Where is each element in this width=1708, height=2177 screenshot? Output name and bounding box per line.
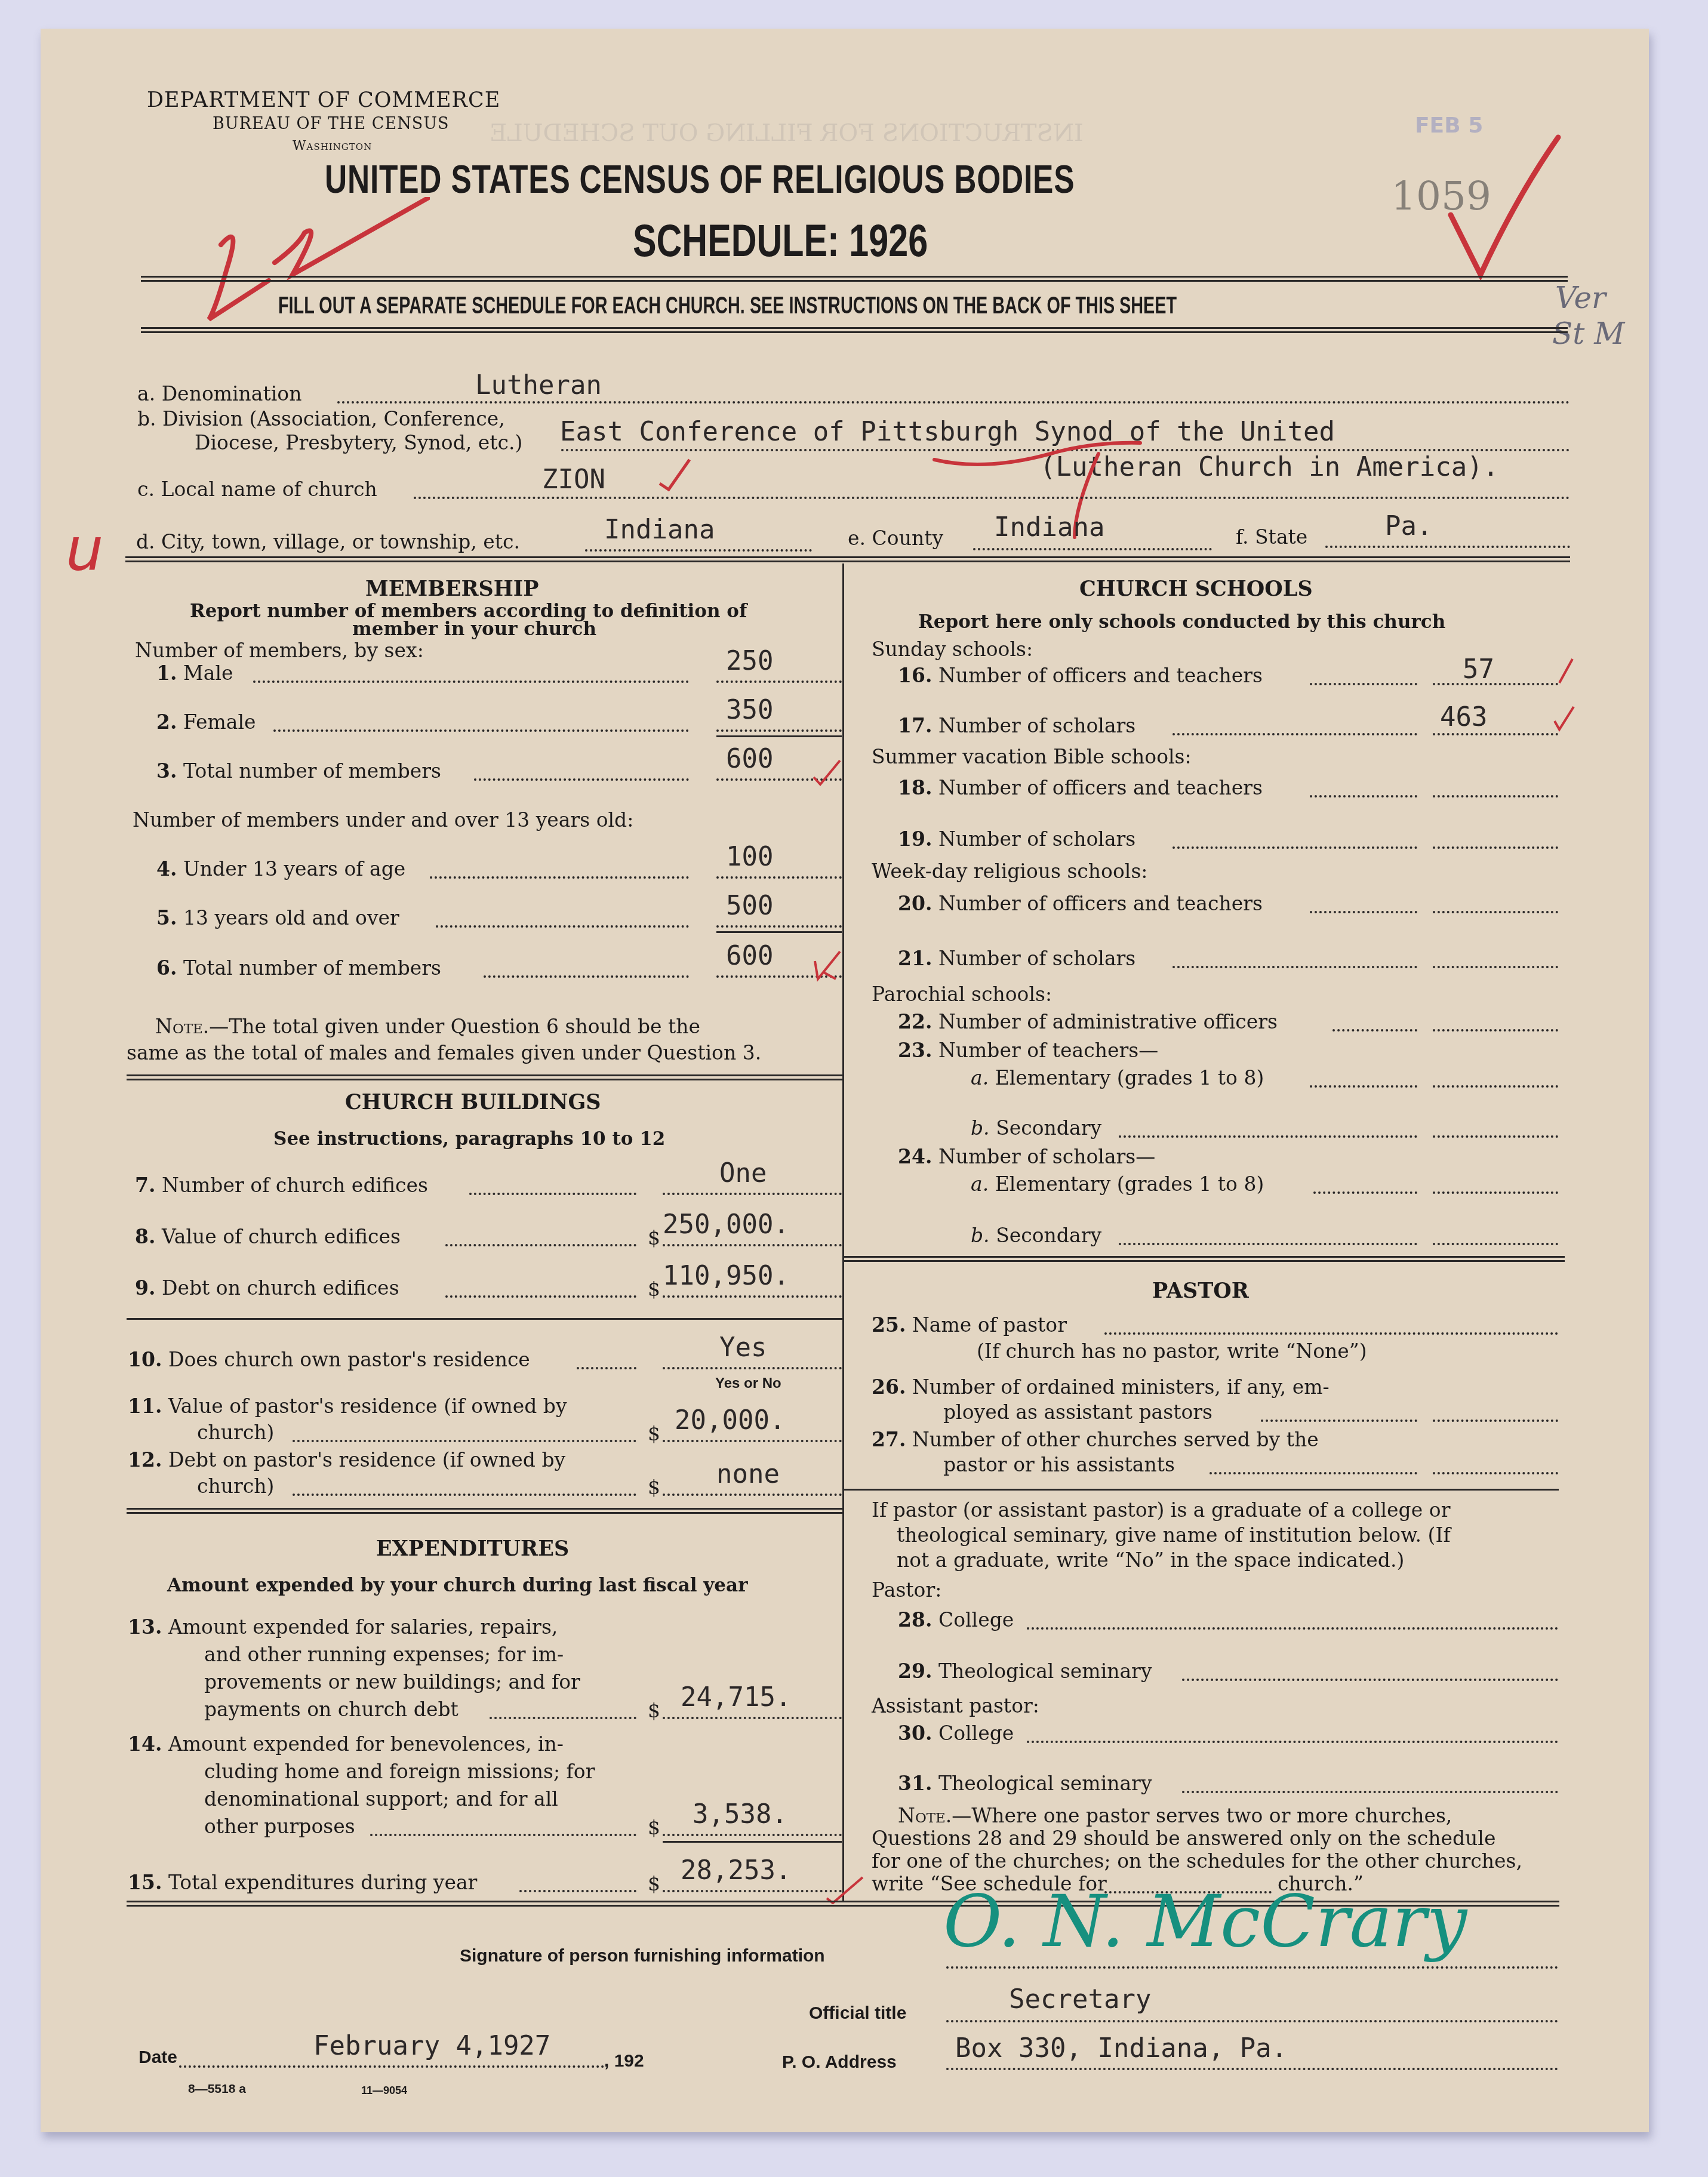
row-leader xyxy=(1332,1029,1417,1031)
answer-line[interactable] xyxy=(1433,795,1558,797)
edifices-count-value[interactable]: One xyxy=(719,1158,767,1188)
buildings-row-7: 7. Number of church edifices xyxy=(135,1174,428,1197)
pencil-note-1: Ver xyxy=(1555,281,1606,315)
expenditure-row-15: 15. Total expenditures during year xyxy=(128,1871,477,1894)
signature-label: Signature of person furnishing informati… xyxy=(460,1946,825,1966)
expenditures-title: EXPENDITURES xyxy=(376,1536,569,1561)
answer-line[interactable] xyxy=(1433,1191,1558,1194)
buildings-row-11: 11. Value of pastor's residence (if owne… xyxy=(128,1394,567,1418)
department-name: DEPARTMENT OF COMMERCE xyxy=(147,88,500,112)
membership-row-1: 1. Male xyxy=(156,661,233,685)
signature-value: O. N. McCrary xyxy=(943,1880,1467,1963)
row-leader xyxy=(1310,795,1417,797)
schools-row-17: 17. Number of scholars xyxy=(898,714,1135,737)
column-divider xyxy=(842,564,844,1901)
section-rule xyxy=(842,1256,1565,1262)
red-tick-icon xyxy=(812,949,842,985)
form-title: UNITED STATES CENSUS OF RELIGIOUS BODIES xyxy=(325,156,1075,202)
print-code: 11—9054 xyxy=(361,2084,407,2097)
official-title-line xyxy=(946,2020,1558,2022)
graduate-instructions-2: theological seminary, give name of insti… xyxy=(897,1523,1451,1547)
red-checkmark-icon xyxy=(1445,131,1564,287)
expenditure-row-13-l2: and other running expenses; for im- xyxy=(204,1643,564,1666)
denomination-label: a. Denomination xyxy=(137,382,301,405)
answer-line xyxy=(716,680,842,683)
residence-value[interactable]: 20,000. xyxy=(675,1405,785,1436)
sum-underline xyxy=(663,1841,842,1843)
buildings-row-12: 12. Debt on pastor's residence (if owned… xyxy=(128,1448,565,1471)
official-title-label: Official title xyxy=(809,2003,906,2024)
pastor-row-28: 28. College xyxy=(898,1608,1014,1631)
pastor-seminary-field[interactable] xyxy=(1182,1679,1558,1681)
answer-line xyxy=(663,1295,842,1298)
row-leader xyxy=(519,1890,636,1892)
summer-schools-label: Summer vacation Bible schools: xyxy=(872,745,1192,768)
buildings-row-8: 8. Value of church edifices xyxy=(135,1225,401,1248)
answer-line[interactable] xyxy=(1433,1472,1558,1474)
row-leader xyxy=(1310,911,1417,913)
date-value[interactable]: February 4,1927 xyxy=(313,2031,550,2061)
answer-line[interactable] xyxy=(1433,846,1558,849)
banner-bottom-rule xyxy=(141,327,1568,333)
red-margin-mark: u xyxy=(66,515,103,584)
total-members-age-value[interactable]: 600 xyxy=(726,941,773,971)
dollar-sign: $ xyxy=(648,1816,660,1839)
date-line xyxy=(179,2065,604,2068)
dollar-sign: $ xyxy=(648,1872,660,1895)
pastor-row-29: 29. Theological seminary xyxy=(898,1659,1152,1683)
answer-line xyxy=(716,729,842,732)
answer-line xyxy=(663,1890,842,1892)
membership-row-4: 4. Under 13 years of age xyxy=(156,857,405,880)
membership-row-2: 2. Female xyxy=(156,710,256,734)
red-tick-icon xyxy=(657,457,693,492)
denomination-line xyxy=(337,401,1570,404)
row-leader xyxy=(1119,1135,1417,1138)
membership-row-3: 3. Total number of members xyxy=(156,759,441,783)
pastor-row-27: 27. Number of other churches served by t… xyxy=(872,1428,1319,1451)
female-members-value[interactable]: 350 xyxy=(726,695,773,725)
sunday-scholars-value[interactable]: 463 xyxy=(1440,702,1487,732)
row-leader xyxy=(253,680,689,683)
expenditure-row-14-l3: denominational support; and for all xyxy=(204,1787,558,1810)
dollar-sign: $ xyxy=(648,1476,660,1499)
expenditure-row-13-l4: payments on church debt xyxy=(204,1698,458,1721)
pencil-note-2: St M xyxy=(1552,316,1624,351)
yes-no-hint: Yes or No xyxy=(715,1375,781,1392)
row-leader xyxy=(436,925,689,928)
residence-debt-value[interactable]: none xyxy=(716,1459,780,1489)
assistant-seminary-field[interactable] xyxy=(1182,1791,1558,1793)
owns-residence-value[interactable]: Yes xyxy=(719,1332,767,1363)
expenditure-row-14: 14. Amount expended for benevolences, in… xyxy=(128,1732,564,1756)
row-leader xyxy=(293,1494,636,1496)
date-year-suffix: , 192 xyxy=(604,2051,644,2071)
membership-note: Note.—The total given under Question 6 s… xyxy=(155,1015,830,1039)
pastor-note-3: for one of the churches; on the schedule… xyxy=(872,1849,1522,1873)
expenditure-row-14-l2: cluding home and foreign missions; for xyxy=(204,1760,595,1783)
answer-line[interactable] xyxy=(1433,1029,1558,1031)
by-sex-label: Number of members, by sex: xyxy=(135,639,424,662)
county-label: e. County xyxy=(848,526,943,550)
red-tick-icon xyxy=(812,758,842,788)
pastor-note-2: Questions 28 and 29 should be answered o… xyxy=(872,1827,1495,1850)
pastor-title: PASTOR xyxy=(1152,1279,1249,1303)
pastor-row-31: 31. Theological seminary xyxy=(898,1772,1152,1795)
schools-row-18: 18. Number of officers and teachers xyxy=(898,776,1263,799)
po-address-line xyxy=(946,2068,1558,2070)
row-leader xyxy=(1172,733,1417,735)
date-label: Date xyxy=(139,2047,177,2068)
answer-line xyxy=(1433,683,1558,685)
assistant-pastor-label: Assistant pastor: xyxy=(872,1694,1039,1717)
under-13-value[interactable]: 100 xyxy=(726,842,773,872)
expenditure-row-14-l4: other purposes xyxy=(204,1815,355,1838)
membership-note-2: same as the total of males and females g… xyxy=(127,1041,761,1064)
row-leader xyxy=(1310,1085,1417,1088)
membership-subtitle-2: member in your church xyxy=(352,618,596,640)
row-leader xyxy=(445,1244,636,1246)
denomination-value[interactable]: Lutheran xyxy=(475,370,602,401)
buildings-row-9: 9. Debt on church edifices xyxy=(135,1276,399,1300)
total-members-value[interactable]: 600 xyxy=(726,744,773,774)
form-number: 8—5518 a xyxy=(188,2082,246,2096)
row-leader xyxy=(1313,1191,1417,1194)
membership-title: MEMBERSHIP xyxy=(365,577,539,601)
red-tick-icon xyxy=(824,1874,866,1904)
male-members-value[interactable]: 250 xyxy=(726,646,773,676)
division-label-2: Diocese, Presbytery, Synod, etc.) xyxy=(195,431,522,454)
buildings-row-11-cont: church) xyxy=(197,1421,274,1444)
schools-row-24b: b. Secondary xyxy=(971,1224,1101,1247)
banner-top-rule xyxy=(141,276,1568,282)
weekday-schools-label: Week-day religious schools: xyxy=(872,860,1147,883)
row-leader xyxy=(445,1295,636,1298)
answer-line xyxy=(663,1244,842,1246)
graduate-instructions-1: If pastor (or assistant pastor) is a gra… xyxy=(872,1498,1450,1522)
church-schools-subtitle: Report here only schools conducted by th… xyxy=(918,611,1445,633)
sum-underline xyxy=(716,735,842,737)
expenditures-subtitle: Amount expended by your church during la… xyxy=(167,1575,748,1596)
pastor-row-26-cont: ployed as assistant pastors xyxy=(943,1400,1212,1424)
pastor-label: Pastor: xyxy=(872,1578,941,1602)
row-leader xyxy=(273,729,689,732)
po-address-label: P. O. Address xyxy=(782,2052,897,2073)
pastor-note-1: Note.—Where one pastor serves two or mor… xyxy=(898,1804,1452,1827)
county-line xyxy=(973,548,1212,550)
row-leader xyxy=(1119,1243,1417,1245)
row-leader xyxy=(1172,846,1417,849)
county-value[interactable]: Indiana xyxy=(994,512,1104,543)
section-rule xyxy=(127,1318,842,1320)
answer-line[interactable] xyxy=(1433,966,1558,968)
row-leader xyxy=(474,778,689,781)
official-title-value[interactable]: Secretary xyxy=(1009,1984,1151,2015)
row-leader xyxy=(1210,1472,1417,1474)
dollar-sign: $ xyxy=(648,1277,660,1301)
row-leader xyxy=(430,876,689,879)
row-leader xyxy=(1172,966,1417,968)
church-schools-title: CHURCH SCHOOLS xyxy=(1079,577,1313,601)
schools-row-24a: a. Elementary (grades 1 to 8) xyxy=(971,1172,1264,1196)
schools-row-23: 23. Number of teachers— xyxy=(898,1039,1158,1062)
graduate-instructions-3: not a graduate, write “No” in the space … xyxy=(897,1548,1404,1572)
dollar-sign: $ xyxy=(648,1422,660,1445)
bureau-name: BUREAU OF THE CENSUS xyxy=(213,115,450,133)
row-leader xyxy=(370,1834,636,1836)
pastor-name-field[interactable] xyxy=(1104,1332,1558,1335)
city-line xyxy=(585,549,812,552)
schools-row-20: 20. Number of officers and teachers xyxy=(898,892,1263,915)
total-expenditures-value[interactable]: 28,253. xyxy=(681,1855,791,1886)
row-leader xyxy=(484,975,689,978)
buildings-row-12-cont: church) xyxy=(197,1474,274,1498)
answer-line xyxy=(663,1717,842,1719)
dollar-sign: $ xyxy=(648,1699,660,1722)
red-tick-icon xyxy=(1552,703,1576,733)
bureau-city: Washington xyxy=(293,138,372,153)
schedule-year: SCHEDULE: 1926 xyxy=(633,215,928,267)
local-name-value[interactable]: ZION xyxy=(542,464,605,495)
city-value[interactable]: Indiana xyxy=(604,515,715,545)
parochial-schools-label: Parochial schools: xyxy=(872,983,1052,1006)
dollar-sign: $ xyxy=(648,1226,660,1249)
schools-row-16: 16. Number of officers and teachers xyxy=(898,664,1263,687)
pastor-row-26: 26. Number of ordained ministers, if any… xyxy=(872,1375,1330,1399)
row-leader xyxy=(469,1193,636,1195)
edifices-value[interactable]: 250,000. xyxy=(663,1209,789,1240)
answer-line[interactable] xyxy=(1433,1243,1558,1245)
running-expenses-value[interactable]: 24,715. xyxy=(681,1682,791,1713)
answer-line xyxy=(663,1834,842,1836)
pastor-row-25: 25. Name of pastor xyxy=(872,1313,1067,1337)
section-rule xyxy=(842,1489,1559,1491)
row-leader xyxy=(490,1717,636,1719)
red-tick-icon xyxy=(1557,657,1575,686)
answer-line xyxy=(663,1494,842,1496)
answer-line xyxy=(663,1367,842,1369)
section-rule xyxy=(127,1074,842,1080)
pastor-none-hint: (If church has no pastor, write “None”) xyxy=(977,1340,1367,1363)
by-age-label: Number of members under and over 13 year… xyxy=(133,808,633,832)
expenditure-row-13-l3: provements or new buildings; and for xyxy=(204,1670,580,1693)
assistant-college-field[interactable] xyxy=(1027,1741,1558,1743)
answer-line xyxy=(1433,733,1558,735)
po-address-value[interactable]: Box 330, Indiana, Pa. xyxy=(955,2033,1287,2064)
answer-line[interactable] xyxy=(1433,1135,1558,1138)
schools-row-23b: b. Secondary xyxy=(971,1116,1101,1140)
row-leader xyxy=(577,1367,636,1369)
state-line xyxy=(1325,546,1570,548)
row-leader xyxy=(1261,1419,1417,1422)
city-label: d. City, town, village, or township, etc… xyxy=(136,530,520,553)
sunday-teachers-value[interactable]: 57 xyxy=(1463,654,1494,685)
answer-line[interactable] xyxy=(1433,1419,1558,1422)
answer-line xyxy=(663,1193,842,1195)
schools-row-21: 21. Number of scholars xyxy=(898,947,1135,970)
buildings-row-10: 10. Does church own pastor's residence xyxy=(128,1348,530,1371)
church-buildings-title: CHURCH BUILDINGS xyxy=(345,1090,601,1114)
answer-line xyxy=(716,925,842,928)
pastor-row-27-cont: pastor or his assistants xyxy=(943,1453,1175,1476)
schools-row-24: 24. Number of scholars— xyxy=(898,1145,1155,1168)
schools-row-23a: a. Elementary (grades 1 to 8) xyxy=(971,1066,1264,1089)
signature-line[interactable] xyxy=(946,1966,1558,1969)
membership-row-5: 5. 13 years old and over xyxy=(156,906,399,929)
schools-row-19: 19. Number of scholars xyxy=(898,827,1135,851)
pastor-college-field[interactable] xyxy=(1027,1627,1558,1630)
church-buildings-subtitle: See instructions, paragraphs 10 to 12 xyxy=(273,1128,665,1150)
section-rule xyxy=(127,1508,842,1514)
local-name-line xyxy=(414,497,1570,499)
answer-line xyxy=(716,876,842,879)
expenditure-row-13: 13. Amount expended for salaries, repair… xyxy=(128,1615,558,1639)
pastor-row-30: 30. College xyxy=(898,1722,1014,1745)
bleed-through-text: INSTRUCTIONS FOR FILLING OUT SCHEDULE xyxy=(490,119,1084,147)
instructions-banner: FILL OUT A SEPARATE SCHEDULE FOR EACH CH… xyxy=(278,292,1177,319)
membership-row-6: 6. Total number of members xyxy=(156,956,441,980)
benevolences-value[interactable]: 3,538. xyxy=(693,1799,787,1830)
answer-line[interactable] xyxy=(1433,911,1558,913)
state-label: f. State xyxy=(1236,525,1307,549)
sum-underline xyxy=(716,931,842,933)
row-leader xyxy=(293,1440,636,1442)
sunday-schools-label: Sunday schools: xyxy=(872,638,1033,661)
answer-line[interactable] xyxy=(1433,1085,1558,1088)
state-value[interactable]: Pa. xyxy=(1385,511,1432,541)
local-name-label: c. Local name of church xyxy=(137,478,377,501)
section-top-rule xyxy=(125,556,1570,562)
answer-line xyxy=(663,1440,842,1442)
division-label-1: b. Division (Association, Conference, xyxy=(137,407,505,430)
over-13-value[interactable]: 500 xyxy=(726,891,773,921)
schools-row-22: 22. Number of administrative officers xyxy=(898,1010,1278,1033)
row-leader xyxy=(1310,683,1417,685)
edifices-debt-value[interactable]: 110,950. xyxy=(663,1261,789,1291)
